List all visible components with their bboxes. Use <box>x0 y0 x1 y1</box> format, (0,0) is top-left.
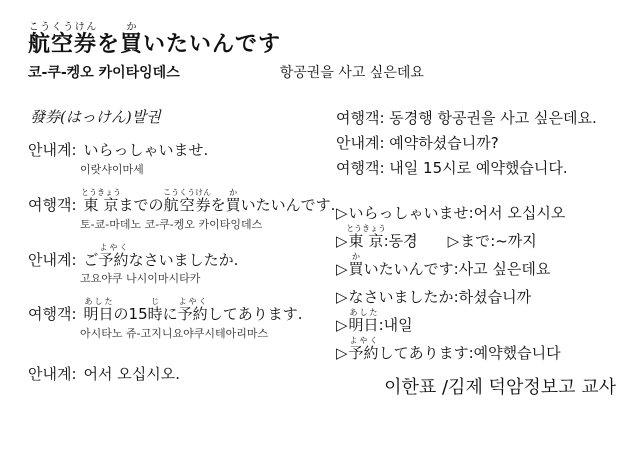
vocab-japanese: 明日あした <box>349 316 379 334</box>
triangle-icon: ▷ <box>448 232 460 250</box>
dialogue-entry: 여행객:明日あしたの15時じに予約よやくしてあります. 아시타노 쥬-고지니요야… <box>28 297 336 341</box>
vocab-japanese: なさいましたか <box>349 288 454 306</box>
speaker-label: 안내계: <box>28 365 77 383</box>
title-transliteration: 코-쿠-켕오 카이타잉데스 <box>28 62 180 82</box>
dialogue-entry: 안내계:ご予約よやくなさいましたか. 고요야쿠 나시이마시타카 <box>28 243 336 287</box>
vocab-japanese: いらっしゃいませ <box>349 204 469 222</box>
dialogue-entry: 안내계:いらっしゃいませ. 이랏샤이마세 <box>28 141 336 177</box>
dialogue-section: 發券(はっけん)발권 안내계:いらっしゃいませ. 이랏샤이마세 여행객:東京とう… <box>28 106 336 399</box>
title-translation: 항공권을 사고 싶은데요 <box>280 62 424 82</box>
vocab-korean: :어서 오십시오 <box>469 204 566 222</box>
author-credit: 이한표 /김제 덕암정보고 교사 <box>336 373 630 399</box>
japanese-line: 明日あしたの15時じに予約よやくしてあります. <box>84 305 303 323</box>
triangle-icon: ▷ <box>336 204 348 222</box>
japanese-line: いらっしゃいませ. <box>84 141 209 159</box>
vocab-japanese: まで <box>460 232 490 250</box>
vocab-item: ▷予約よやくしてあります:예약했습니다 <box>336 336 561 363</box>
dialogue-entry: 안내계:어서 오십시오. <box>28 365 336 384</box>
japanese-line: 東京とうきょうまでの航空券こうくうけんを買かいたいんです. <box>84 196 336 214</box>
speaker-label: 안내계: <box>28 141 77 159</box>
vocab-row: ▷明日あした:내일 <box>336 307 630 335</box>
dialogue-entry: 여행객:東京とうきょうまでの航空券こうくうけんを買かいたいんです. 토-쿄-마데… <box>28 188 336 232</box>
translation-line: 여행객: 내일 15시로 예약했습니다. <box>336 156 630 181</box>
vocab-korean: :내일 <box>379 316 413 334</box>
pronunciation-line: 아시타노 쥬-고지니요야쿠시테아리마스 <box>80 325 336 341</box>
vocab-item: ▷買かいたいんです:사고 싶은데요 <box>336 252 550 279</box>
vocab-japanese: 東京とうきょう <box>349 232 384 250</box>
speaker-label: 여행객: <box>28 305 77 323</box>
vocab-row: ▷買かいたいんです:사고 싶은데요 <box>336 251 630 279</box>
vocab-korean: :~까지 <box>490 232 537 250</box>
vocab-row: ▷東京とうきょう:동경 ▷まで:~까지 <box>336 223 630 251</box>
vocabulary-block: ▷いらっしゃいませ:어서 오십시오 ▷東京とうきょう:동경 ▷まで:~까지 ▷買… <box>336 195 630 363</box>
triangle-icon: ▷ <box>336 260 348 278</box>
japanese-line: 어서 오십시오. <box>84 365 180 383</box>
page-title: 航空券こうくうけんを買かいたいんです <box>28 22 630 57</box>
vocab-korean: :하셨습니까 <box>454 288 532 306</box>
translation-line: 여행객: 동경행 항공권을 사고 싶은데요. <box>336 106 630 131</box>
vocab-item: ▷明日あした:내일 <box>336 308 413 335</box>
translation-line: 안내계: 예약하셨습니까? <box>336 131 630 156</box>
vocab-korean: :동경 <box>384 232 418 250</box>
triangle-icon: ▷ <box>336 316 348 334</box>
title-subtitle-row: 코-쿠-켕오 카이타잉데스 항공권을 사고 싶은데요 <box>28 62 630 82</box>
vocab-row: ▷いらっしゃいませ:어서 오십시오 <box>336 195 630 223</box>
speaker-label: 여행객: <box>28 196 77 214</box>
section-heading: 發券(はっけん)발권 <box>30 106 336 127</box>
vocab-korean: :예약했습니다 <box>469 344 561 362</box>
vocab-item: ▷なさいましたか:하셨습니까 <box>336 286 531 307</box>
pronunciation-line: 토-쿄-마데노 코-쿠-켕오 카이타잉데스 <box>80 216 336 232</box>
speaker-label: 안내계: <box>28 251 77 269</box>
vocab-item: ▷東京とうきょう:동경 <box>336 224 418 251</box>
vocab-korean: :사고 싶은데요 <box>454 260 551 278</box>
vocab-item: ▷まで:~까지 <box>448 230 537 251</box>
header: 航空券こうくうけんを買かいたいんです 코-쿠-켕오 카이타잉데스 항공권을 사고… <box>28 22 630 82</box>
vocab-item: ▷いらっしゃいませ:어서 오십시오 <box>336 202 565 223</box>
content-columns: 發券(はっけん)발권 안내계:いらっしゃいませ. 이랏샤이마세 여행객:東京とう… <box>28 106 630 399</box>
triangle-icon: ▷ <box>336 288 348 306</box>
pronunciation-line: 이랏샤이마세 <box>80 161 336 177</box>
pronunciation-line: 고요야쿠 나시이마시타카 <box>80 270 336 286</box>
vocab-row: ▷なさいましたか:하셨습니까 <box>336 279 630 307</box>
worksheet-page: 航空券こうくうけんを買かいたいんです 코-쿠-켕오 카이타잉데스 항공권을 사고… <box>0 0 640 453</box>
vocab-japanese: 買かいたいんです <box>349 260 454 278</box>
triangle-icon: ▷ <box>336 344 348 362</box>
translation-vocab-section: 여행객: 동경행 항공권을 사고 싶은데요. 안내계: 예약하셨습니까? 여행객… <box>336 106 630 399</box>
vocab-japanese: 予約よやくしてあります <box>349 344 469 362</box>
translation-block: 여행객: 동경행 항공권을 사고 싶은데요. 안내계: 예약하셨습니까? 여행객… <box>336 106 630 181</box>
japanese-line: ご予約よやくなさいましたか. <box>84 251 239 269</box>
vocab-row: ▷予約よやくしてあります:예약했습니다 <box>336 335 630 363</box>
